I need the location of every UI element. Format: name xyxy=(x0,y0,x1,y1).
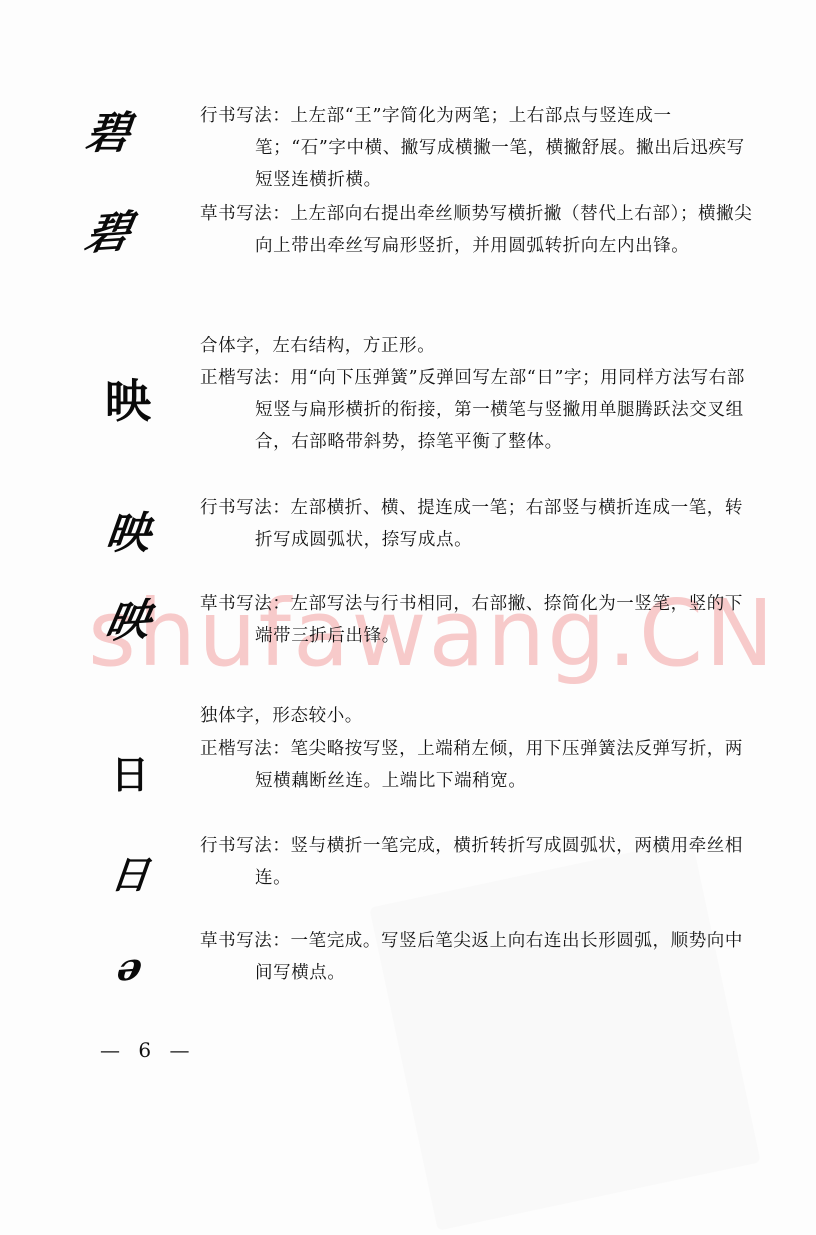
book-page: shufawang.CN 碧 碧 行书写法：上左部“王”字简化为两笔；上右部点与… xyxy=(0,0,816,1235)
faint-stamp-watermark xyxy=(369,839,760,1230)
bi-caoshu-paragraph: 草书写法：上左部向右提出牵丝顺势写横折撇（替代上右部）；横撇尖向上带出牵丝写扁形… xyxy=(200,198,755,262)
paragraph-label: 行书写法： xyxy=(200,836,291,856)
bi-xingshu-paragraph: 行书写法：上左部“王”字简化为两笔；上右部点与竖连成一笔；“石”字中横、撇写成横… xyxy=(200,100,755,196)
ri-kaishu-paragraph: 正楷写法：笔尖略按写竖，上端稍左倾，用下压弹簧法反弹写折，两短横藕断丝连。上端比… xyxy=(200,733,755,797)
page-number: — 6 — xyxy=(100,1038,195,1062)
ri-caoshu-paragraph: 草书写法：一笔完成。写竖后笔尖返上向右连出长形圆弧，顺势向中间写横点。 xyxy=(200,925,755,989)
paragraph-text: 竖与横折一笔完成，横折转折写成圆弧状，两横用牵丝相连。 xyxy=(255,836,743,888)
specimen-bi-caoshu: 碧 xyxy=(63,209,152,258)
paragraph-text: 用“向下压弹簧”反弹回写左部“日”字；用同样方法写右部短竖与扁形横折的衔接，第一… xyxy=(255,368,745,452)
ri-intro: 独体字，形态较小。 xyxy=(200,700,700,732)
ying-xingshu-paragraph: 行书写法：左部横折、横、提连成一笔；右部竖与横折连成一笔，转折写成圆弧状，捺写成… xyxy=(200,492,755,556)
paragraph-text: 一笔完成。写竖后笔尖返上向右连出长形圆弧，顺势向中间写横点。 xyxy=(255,931,743,983)
paragraph-label: 行书写法： xyxy=(200,498,291,518)
ying-caoshu-paragraph: 草书写法：左部写法与行书相同，右部撇、捺简化为一竖笔，竖的下端带三折后出锋。 xyxy=(200,588,755,652)
paragraph-label: 正楷写法： xyxy=(200,368,291,388)
paragraph-text: 左部写法与行书相同，右部撇、捺简化为一竖笔，竖的下端带三折后出锋。 xyxy=(255,594,743,646)
paragraph-label: 行书写法： xyxy=(200,106,291,126)
paragraph-text: 上左部向右提出牵丝顺势写横折撇（替代上右部）；横撇尖向上带出牵丝写扁形竖折，并用… xyxy=(255,204,752,256)
specimen-ying-xingshu: 映 xyxy=(86,512,171,556)
specimen-ying-caoshu: 映 xyxy=(83,597,172,646)
paragraph-text: 上左部“王”字简化为两笔；上右部点与竖连成一笔；“石”字中横、撇写成横撇一笔，横… xyxy=(255,106,745,190)
specimen-bi-xingshu: 碧 xyxy=(66,112,151,156)
paragraph-label: 正楷写法： xyxy=(200,739,291,759)
specimen-ri-xingshu: 日 xyxy=(88,856,172,894)
paragraph-label: 草书写法： xyxy=(200,931,291,951)
specimen-ri-kaishu: 日 xyxy=(90,756,170,794)
paragraph-label: 草书写法： xyxy=(200,594,291,614)
specimen-ying-kaishu: 映 xyxy=(88,378,168,424)
ying-kaishu-paragraph: 正楷写法：用“向下压弹簧”反弹回写左部“日”字；用同样方法写右部短竖与扁形横折的… xyxy=(200,362,755,458)
ri-xingshu-paragraph: 行书写法：竖与横折一笔完成，横折转折写成圆弧状，两横用牵丝相连。 xyxy=(200,830,755,894)
specimen-ri-caoshu: ə xyxy=(86,945,174,988)
paragraph-text: 左部横折、横、提连成一笔；右部竖与横折连成一笔，转折写成圆弧状，捺写成点。 xyxy=(255,498,743,550)
paragraph-label: 草书写法： xyxy=(200,204,291,224)
paragraph-text: 笔尖略按写竖，上端稍左倾，用下压弹簧法反弹写折，两短横藕断丝连。上端比下端稍宽。 xyxy=(255,739,743,791)
ying-intro: 合体字，左右结构，方正形。 xyxy=(200,330,700,362)
